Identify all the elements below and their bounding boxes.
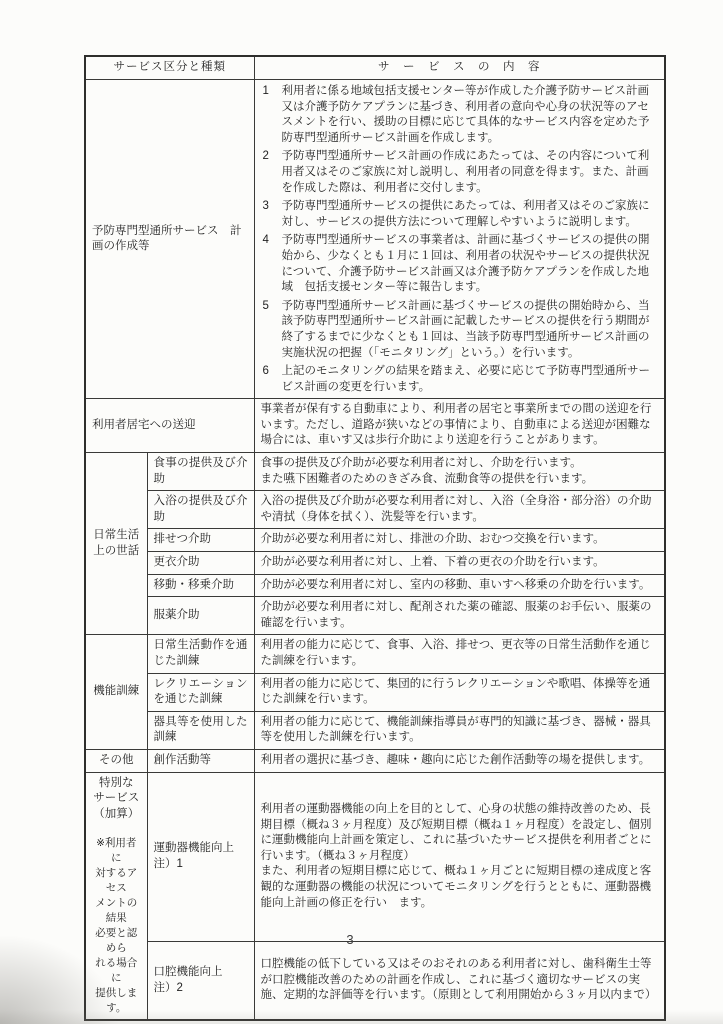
special-content-motor: 利用者の運動器機能の向上を目的として、心身の状態の維持改善のため、長期目標（概ね… [254,772,665,941]
item-number: 2 [261,149,282,196]
training-type-adl: 日常生活動作を通じた訓練 [147,635,254,673]
item-text: 予防専門型通所サービスの事業者は、計画に基づくサービスの提供の開始から、少なくと… [282,233,659,295]
daily-care-type-bath: 入浴の提供及び介助 [147,491,254,529]
daily-care-content-meal: 食事の提供及び介助が必要な利用者に対し、介助を行います。 また嚥下困難者のための… [254,453,665,491]
training-content-recreation: 利用者の能力に応じて、集団的に行うレクリエーションや歌唱、体操等を通じた訓練を行… [254,673,665,711]
item-text: 利用者に係る地域包括支援センター等が作成した介護予防サービス計画又は介護予防ケア… [282,84,659,146]
daily-care-type-transfer: 移動・移乗介助 [147,574,254,597]
daily-care-content-dressing: 介助が必要な利用者に対し、上着、下着の更衣の介助を行います。 [254,552,665,575]
table-row: 利用者居宅への送迎 事業者が保有する自動車により、利用者の居宅と事業所までの間の… [85,399,665,453]
table-row: 移動・移乗介助 介助が必要な利用者に対し、室内の移動、車いすへ移乗の介助を行いま… [85,574,665,597]
other-content-cell: 利用者の選択に基づき、趣味・趣向に応じた創作活動等の場を提供します。 [254,749,665,772]
other-group-cell: その他 [85,749,147,772]
item-number: 5 [261,299,282,361]
special-type-oral: 口腔機能向上 注）2 [147,941,254,1020]
table-row: 口腔機能向上 注）2 口腔機能の低下している又はそのおそれのある利用者に対し、歯… [85,941,665,1020]
item-number: 3 [261,199,282,230]
table-header-row: サービス区分と種類 サ ー ビ ス の 内 容 [85,56,665,80]
table-row: 更衣介助 介助が必要な利用者に対し、上着、下着の更衣の介助を行います。 [85,552,665,575]
special-group-note: ※利用者に 対するアセス メントの結果 必要と認めら れる場合に 提供します。 [92,836,141,1016]
special-content-oral: 口腔機能の低下している又はそのおそれのある利用者に対し、歯科衛生士等が口腔機能改… [254,941,665,1020]
daily-care-group-cell: 日常生活上の世話 [85,453,147,635]
item-number: 6 [261,364,282,395]
scanned-document-page: { "page_number": "3", "table": { "header… [0,0,723,1024]
plan-item-5: 5 予防専門型通所サービス計画に基づくサービスの提供の開始時から、当該予防専門型… [261,299,659,361]
transport-content-cell: 事業者が保有する自動車により、利用者の居宅と事業所までの間の送迎を行います。ただ… [254,399,665,453]
header-cell-category: サービス区分と種類 [85,56,254,80]
table-row: 機能訓練 日常生活動作を通じた訓練 利用者の能力に応じて、食事、入浴、排せつ、更… [85,635,665,673]
service-content-table: サービス区分と種類 サ ー ビ ス の 内 容 予防専門型通所サービス 計画の作… [84,55,666,1021]
table-row: 特別な サービス （加算） ※利用者に 対するアセス メントの結果 必要と認めら… [85,772,665,941]
header-cell-content: サ ー ビ ス の 内 容 [254,56,665,80]
item-text: 予防専門型通所サービス計画の作成にあたっては、その内容について利用者又はそのご家… [282,149,659,196]
plan-item-2: 2 予防専門型通所サービス計画の作成にあたっては、その内容について利用者又はその… [261,149,659,196]
transport-label-cell: 利用者居宅への送迎 [85,399,254,453]
daily-care-content-medication: 介助が必要な利用者に対し、配剤された薬の確認、服薬のお手伝い、服薬の確認を行いま… [254,597,665,635]
special-type-motor: 運動器機能向上 注）1 [147,772,254,941]
daily-care-type-medication: 服薬介助 [147,597,254,635]
plan-item-1: 1 利用者に係る地域包括支援センター等が作成した介護予防サービス計画又は介護予防… [261,84,659,146]
daily-care-content-bath: 入浴の提供及び介助が必要な利用者に対し、入浴（全身浴・部分浴）の介助や清拭（身体… [254,491,665,529]
table-row: 入浴の提供及び介助 入浴の提供及び介助が必要な利用者に対し、入浴（全身浴・部分浴… [85,491,665,529]
item-number: 4 [261,233,282,295]
table-row: 排せつ介助 介助が必要な利用者に対し、排泄の介助、おむつ交換を行います。 [85,529,665,552]
training-content-adl: 利用者の能力に応じて、食事、入浴、排せつ、更衣等の日常生活動作を通じた訓練を行い… [254,635,665,673]
item-number: 1 [261,84,282,146]
other-type-cell: 創作活動等 [147,749,254,772]
special-group-label: 特別な サービス （加算） [92,776,141,823]
page-number: 3 [330,932,370,947]
daily-care-content-toilet: 介助が必要な利用者に対し、排泄の介助、おむつ交換を行います。 [254,529,665,552]
item-text: 予防専門型通所サービス計画に基づくサービスの提供の開始時から、当該予防専門型通所… [282,299,659,361]
table-row: 器具等を使用した訓練 利用者の能力に応じて、機能訓練指導員が専門的知識に基づき、… [85,711,665,749]
special-group-cell: 特別な サービス （加算） ※利用者に 対するアセス メントの結果 必要と認めら… [85,772,147,1020]
training-type-equipment: 器具等を使用した訓練 [147,711,254,749]
daily-care-type-meal: 食事の提供及び介助 [147,453,254,491]
daily-care-type-dressing: 更衣介助 [147,552,254,575]
plan-content-cell: 1 利用者に係る地域包括支援センター等が作成した介護予防サービス計画又は介護予防… [254,80,665,399]
plan-label-cell: 予防専門型通所サービス 計画の作成等 [85,80,254,399]
training-content-equipment: 利用者の能力に応じて、機能訓練指導員が専門的知識に基づき、器械・器具等を使用した… [254,711,665,749]
table-row: レクリエーションを通じた訓練 利用者の能力に応じて、集団的に行うレクリエーション… [85,673,665,711]
plan-item-6: 6 上記のモニタリングの結果を踏まえ、必要に応じて予防専門型通所サービス計画の変… [261,364,659,395]
training-type-recreation: レクリエーションを通じた訓練 [147,673,254,711]
plan-item-4: 4 予防専門型通所サービスの事業者は、計画に基づくサービスの提供の開始から、少な… [261,233,659,295]
daily-care-content-transfer: 介助が必要な利用者に対し、室内の移動、車いすへ移乗の介助を行います。 [254,574,665,597]
training-group-cell: 機能訓練 [85,635,147,750]
table-row: 予防専門型通所サービス 計画の作成等 1 利用者に係る地域包括支援センター等が作… [85,80,665,399]
table-row: その他 創作活動等 利用者の選択に基づき、趣味・趣向に応じた創作活動等の場を提供… [85,749,665,772]
daily-care-type-toilet: 排せつ介助 [147,529,254,552]
item-text: 上記のモニタリングの結果を踏まえ、必要に応じて予防専門型通所サービス計画の変更を… [282,364,659,395]
item-text: 予防専門型通所サービスの提供にあたっては、利用者又はそのご家族に対し、サービスの… [282,199,659,230]
table-row: 服薬介助 介助が必要な利用者に対し、配剤された薬の確認、服薬のお手伝い、服薬の確… [85,597,665,635]
plan-item-3: 3 予防専門型通所サービスの提供にあたっては、利用者又はそのご家族に対し、サービ… [261,199,659,230]
table-row: 日常生活上の世話 食事の提供及び介助 食事の提供及び介助が必要な利用者に対し、介… [85,453,665,491]
